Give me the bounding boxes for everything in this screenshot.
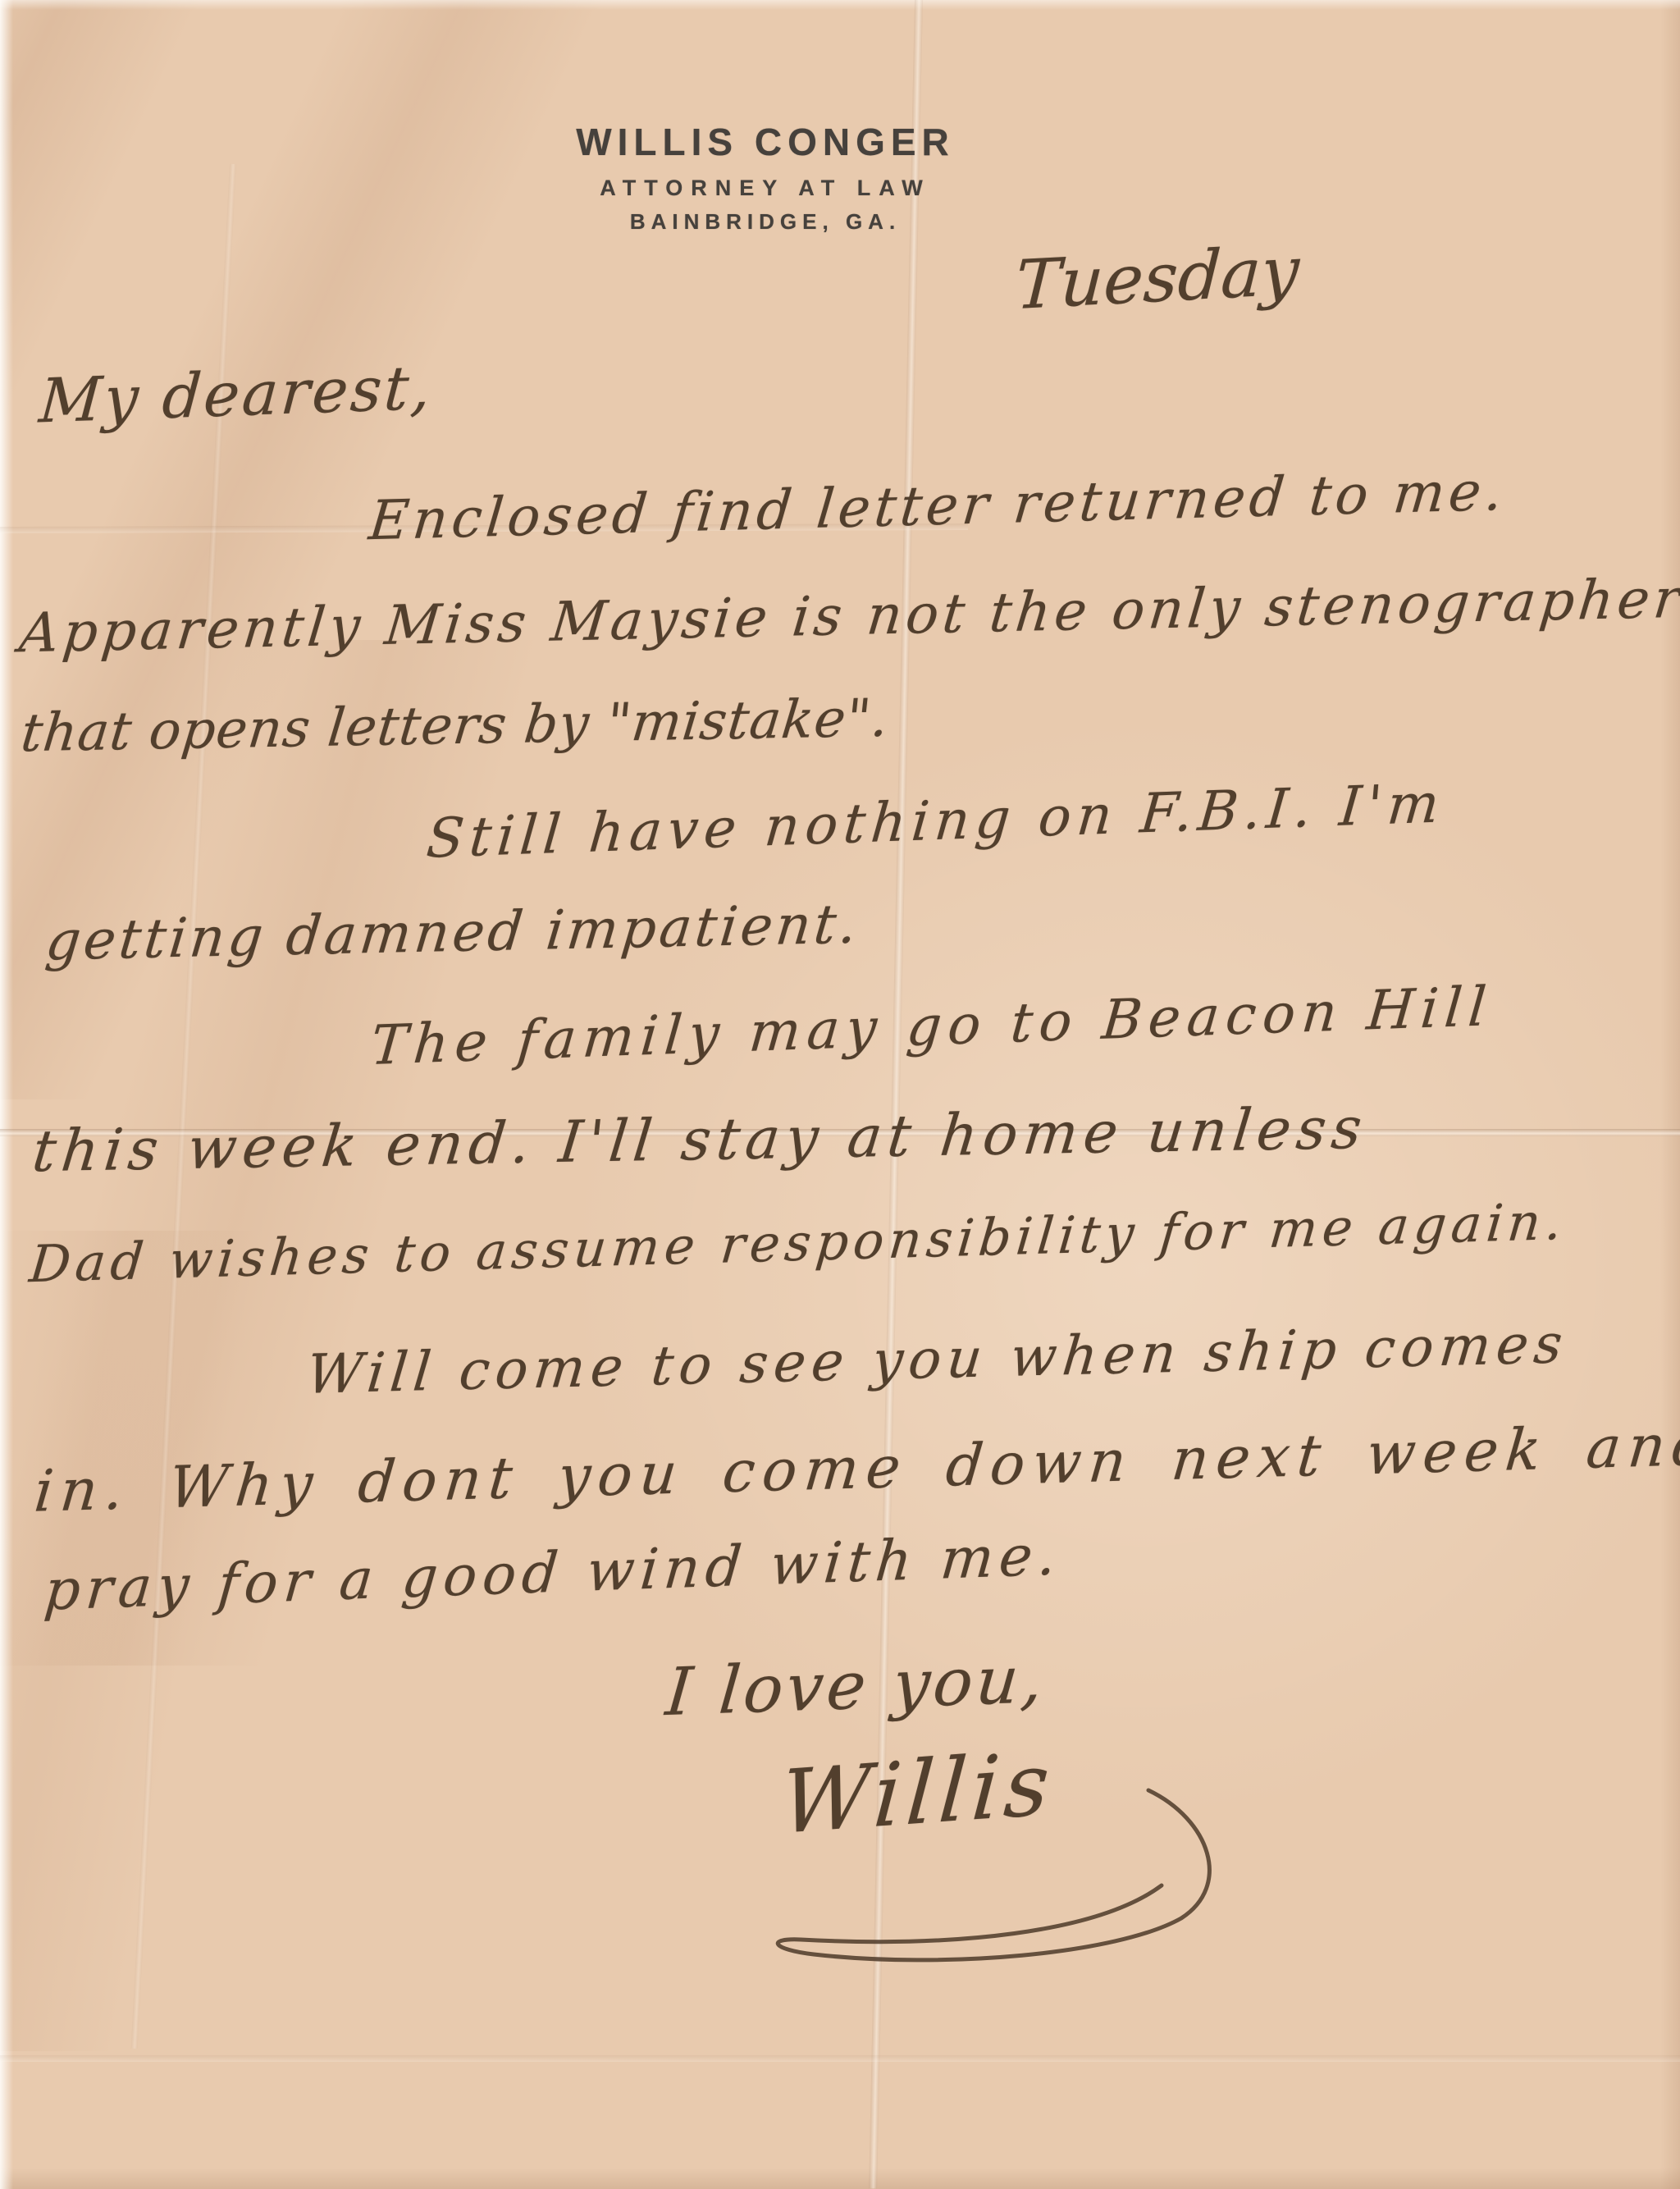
body-line: The family may go to Beacon Hill bbox=[368, 975, 1495, 1077]
letterhead-name: WILLIS CONGER bbox=[355, 120, 1176, 164]
letterhead-location: BAINBRIDGE, GA. bbox=[355, 209, 1176, 235]
body-line: Apparently Miss Maysie is not the only s… bbox=[16, 567, 1680, 665]
fold-crease-vertical-left bbox=[131, 164, 236, 2049]
body-line: pray for a good wind with me. bbox=[42, 1523, 1065, 1624]
body-line: Enclosed find letter returned to me. bbox=[367, 459, 1510, 553]
body-line: Still have nothing on F.B.I. I'm bbox=[424, 771, 1447, 871]
fold-crease-horizontal-bottom bbox=[0, 2055, 1680, 2062]
body-line: Will come to see you when ship comes bbox=[304, 1312, 1571, 1406]
body-line: getting damned impatient. bbox=[43, 893, 863, 973]
letterhead-profession: ATTORNEY AT LAW bbox=[355, 176, 1176, 201]
closing: I love you, bbox=[663, 1641, 1049, 1731]
salutation: My dearest, bbox=[37, 352, 436, 436]
date-line: Tuesday bbox=[1014, 232, 1301, 325]
signature: Willis bbox=[778, 1733, 1057, 1853]
body-line: in. Why dont you come down next week and bbox=[32, 1410, 1680, 1525]
fold-crease-vertical-center bbox=[869, 0, 923, 2189]
letterhead: WILLIS CONGER ATTORNEY AT LAW BAINBRIDGE… bbox=[355, 120, 1176, 235]
body-line: this week end. I'll stay at home unless bbox=[30, 1094, 1371, 1186]
letter-paper: WILLIS CONGER ATTORNEY AT LAW BAINBRIDGE… bbox=[0, 0, 1680, 2189]
body-line: Dad wishes to assume responsibility for … bbox=[27, 1191, 1569, 1295]
body-line: that opens letters by "mistake". bbox=[18, 688, 892, 765]
